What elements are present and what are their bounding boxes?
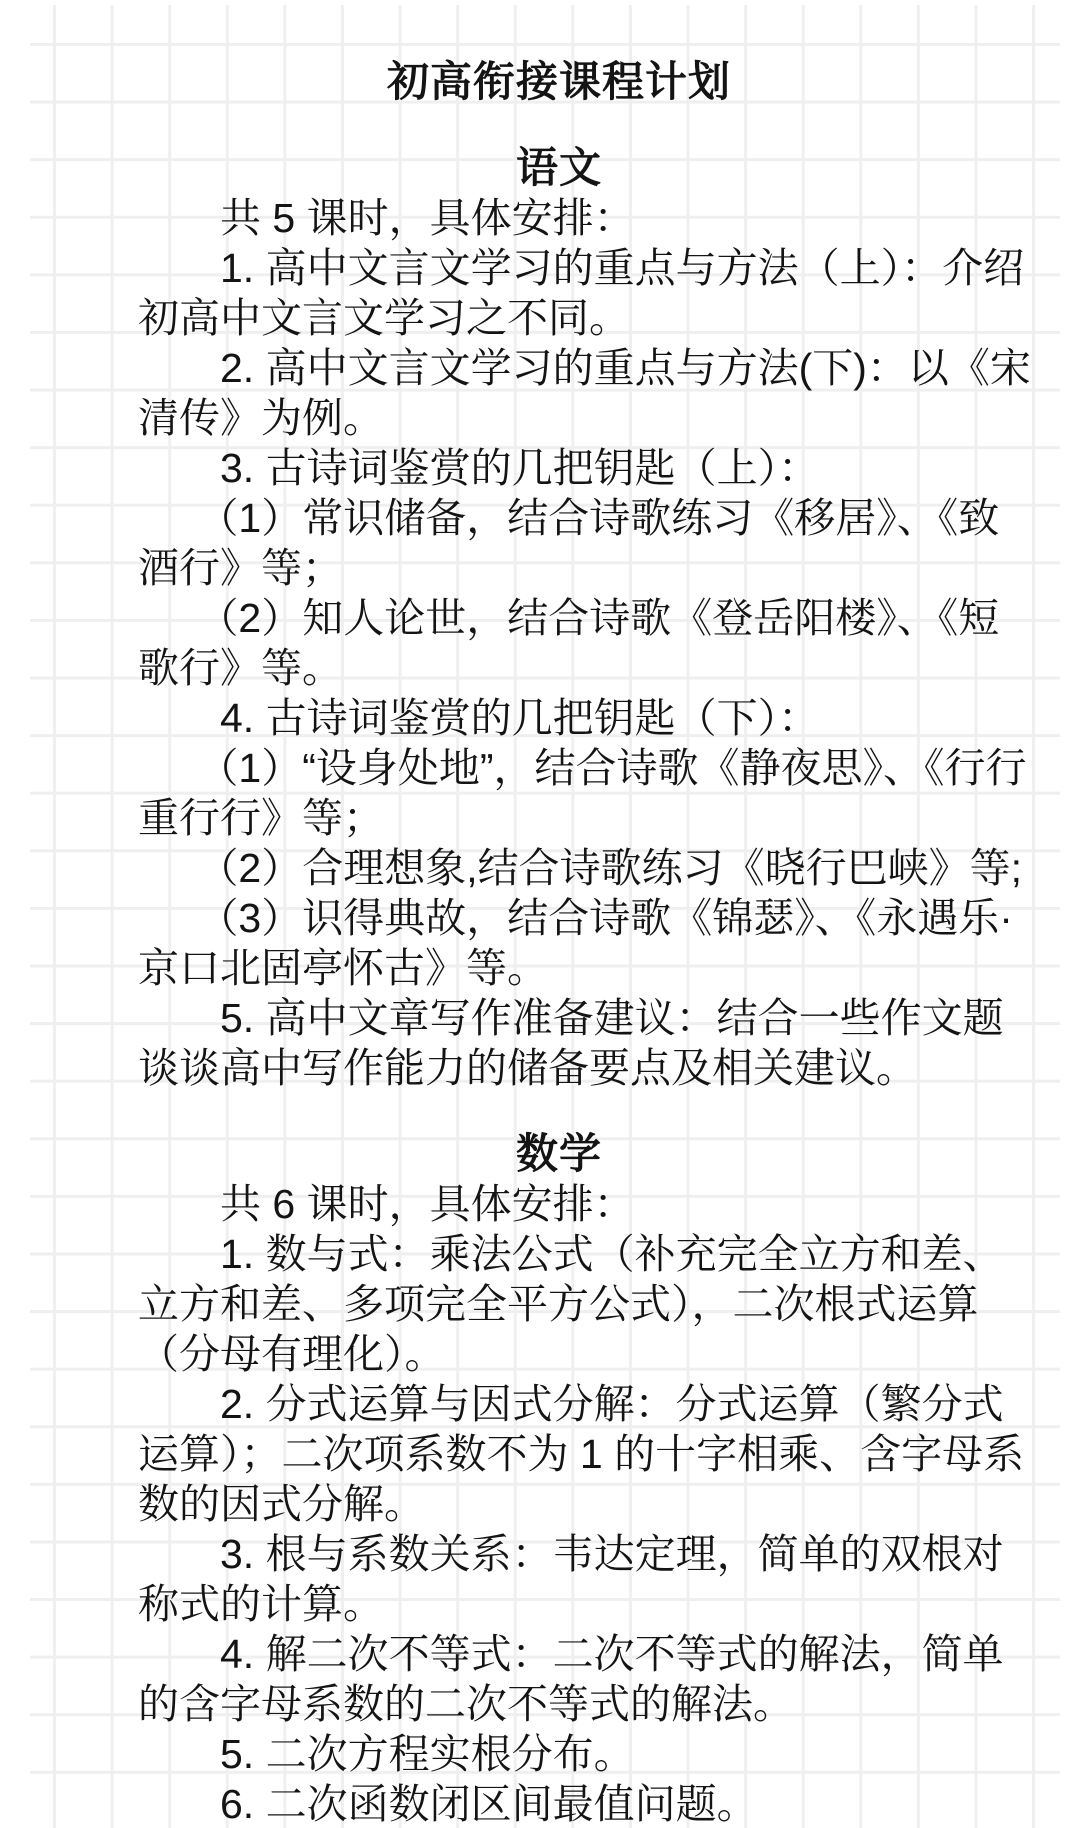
course-item-paragraph: 6. 二次函数闭区间最值问题。: [138, 1779, 1040, 1828]
course-item-paragraph: 4. 古诗词鉴赏的几把钥匙（下）：: [138, 693, 1040, 743]
course-item-paragraph: （2）知人论世，结合诗歌《登岳阳楼》、《短歌行》等。: [138, 593, 1040, 693]
course-item-paragraph: （2）合理想象,结合诗歌练习《晓行巴峡》等;: [138, 843, 1040, 893]
course-item-paragraph: 3. 根与系数关系：韦达定理，简单的双根对称式的计算。: [138, 1529, 1040, 1629]
course-item-paragraph: 3. 古诗词鉴赏的几把钥匙（上）：: [138, 443, 1040, 493]
section-paragraphs: 共 6 课时，具体安排：1. 数与式：乘法公式（补充完全立方和差、立方和差、多项…: [138, 1179, 1040, 1828]
course-item-paragraph: 5. 高中文章写作准备建议：结合一些作文题谈谈高中写作能力的储备要点及相关建议。: [138, 993, 1040, 1093]
course-item-paragraph: （3）识得典故，结合诗歌《锦瑟》、《永遇乐·京口北固亭怀古》等。: [138, 893, 1040, 993]
course-section: 语文 共 5 课时，具体安排：1. 高中文言文学习的重点与方法（上）：介绍初高中…: [138, 143, 1040, 1093]
section-heading: 数学: [108, 1129, 1010, 1179]
course-item-paragraph: 共 5 课时，具体安排：: [138, 193, 1040, 243]
section-heading: 语文: [108, 143, 1010, 193]
course-item-paragraph: 2. 高中文言文学习的重点与方法(下)：以《宋清传》为例。: [138, 343, 1040, 443]
course-section: 数学 共 6 课时，具体安排：1. 数与式：乘法公式（补充完全立方和差、立方和差…: [138, 1129, 1040, 1828]
course-item-paragraph: 1. 高中文言文学习的重点与方法（上）：介绍初高中文言文学习之不同。: [138, 243, 1040, 343]
course-item-paragraph: 4. 解二次不等式：二次不等式的解法，简单的含字母系数的二次不等式的解法。: [138, 1629, 1040, 1729]
course-item-paragraph: 共 6 课时，具体安排：: [138, 1179, 1040, 1229]
document-title: 初高衔接课程计划: [108, 57, 1010, 107]
course-item-paragraph: 1. 数与式：乘法公式（补充完全立方和差、立方和差、多项完全平方公式），二次根式…: [138, 1229, 1040, 1379]
section-paragraphs: 共 5 课时，具体安排：1. 高中文言文学习的重点与方法（上）：介绍初高中文言文…: [138, 193, 1040, 1093]
document-page: 初高衔接课程计划 语文 共 5 课时，具体安排：1. 高中文言文学习的重点与方法…: [0, 0, 1080, 1828]
course-item-paragraph: （1）常识储备，结合诗歌练习《移居》、《致酒行》等；: [138, 493, 1040, 593]
course-item-paragraph: 2. 分式运算与因式分解：分式运算（繁分式运算）；二次项系数不为 1 的十字相乘…: [138, 1379, 1040, 1529]
course-item-paragraph: 5. 二次方程实根分布。: [138, 1729, 1040, 1779]
document-content: 初高衔接课程计划 语文 共 5 课时，具体安排：1. 高中文言文学习的重点与方法…: [138, 0, 1040, 1828]
sections-container: 语文 共 5 课时，具体安排：1. 高中文言文学习的重点与方法（上）：介绍初高中…: [138, 143, 1040, 1828]
course-item-paragraph: （1）“设身处地”，结合诗歌《静夜思》、《行行重行行》等；: [138, 743, 1040, 843]
